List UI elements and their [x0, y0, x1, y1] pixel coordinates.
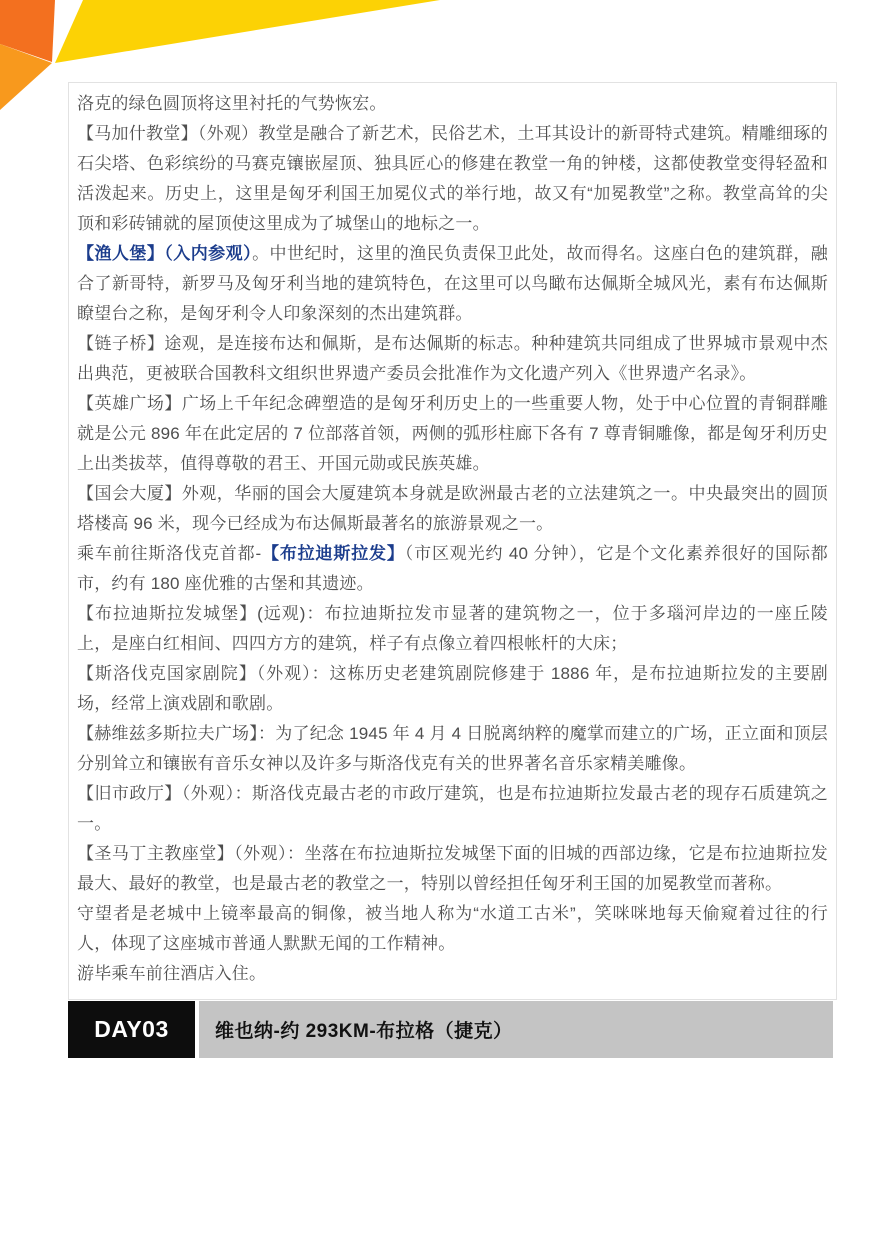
itinerary-text: 洛克的绿色圆顶将这里衬托的气势恢宏。【马加什教堂】（外观）教堂是融合了新艺术，民… — [77, 89, 828, 989]
day-number-label: DAY03 — [68, 1001, 195, 1058]
day-route-bar: 维也纳-约 293KM-布拉格（捷克） — [199, 1001, 833, 1058]
paragraph: 守望者是老城中上镜率最高的铜像，被当地人称为“水道工古米”，笑咪咪地每天偷窥着过… — [77, 899, 828, 959]
text-run: 乘车前往斯洛伐克首都- — [77, 544, 261, 563]
paragraph: 乘车前往斯洛伐克首都-【布拉迪斯拉发】（市区观光约 40 分钟），它是个文化素养… — [77, 539, 828, 599]
text-run: 【链子桥】途观，是连接布达和佩斯，是布达佩斯的标志。种种建筑共同组成了世界城市景… — [77, 334, 828, 383]
text-run: 【英雄广场】广场上千年纪念碑塑造的是匈牙利历史上的一些重要人物，处于中心位置的青… — [77, 394, 828, 473]
day-route-title: 维也纳-约 293KM-布拉格（捷克） — [215, 1016, 513, 1043]
text-run: 【赫维兹多斯拉夫广场】：为了纪念 1945 年 4 月 4 日脱离纳粹的魔掌而建… — [77, 724, 828, 773]
text-run: 守望者是老城中上镜率最高的铜像，被当地人称为“水道工古米”，笑咪咪地每天偷窥着过… — [77, 904, 828, 953]
day-banner: DAY03 维也纳-约 293KM-布拉格（捷克） — [68, 1001, 833, 1058]
paragraph: 【链子桥】途观，是连接布达和佩斯，是布达佩斯的标志。种种建筑共同组成了世界城市景… — [77, 329, 828, 389]
text-run: 游毕乘车前往酒店入住。 — [77, 964, 266, 983]
paragraph: 【旧市政厅】（外观）：斯洛伐克最古老的市政厅建筑，也是布拉迪斯拉发最古老的现存石… — [77, 779, 828, 839]
paragraph: 【国会大厦】外观，华丽的国会大厦建筑本身就是欧洲最古老的立法建筑之一。中央最突出… — [77, 479, 828, 539]
paragraph: 【英雄广场】广场上千年纪念碑塑造的是匈牙利历史上的一些重要人物，处于中心位置的青… — [77, 389, 828, 479]
itinerary-description-box: 洛克的绿色圆顶将这里衬托的气势恢宏。【马加什教堂】（外观）教堂是融合了新艺术，民… — [68, 82, 837, 1000]
paragraph: 【马加什教堂】（外观）教堂是融合了新艺术，民俗艺术，土耳其设计的新哥特式建筑。精… — [77, 119, 828, 239]
itinerary-page: 洛克的绿色圆顶将这里衬托的气势恢宏。【马加什教堂】（外观）教堂是融合了新艺术，民… — [0, 0, 888, 1258]
paragraph: 【赫维兹多斯拉夫广场】：为了纪念 1945 年 4 月 4 日脱离纳粹的魔掌而建… — [77, 719, 828, 779]
text-run: 【布拉迪斯拉发城堡】(远观)：布拉迪斯拉发市显著的建筑物之一，位于多瑙河岸边的一… — [77, 604, 828, 653]
text-run: 【斯洛伐克国家剧院】（外观）：这栋历史老建筑剧院修建于 1886 年，是布拉迪斯… — [77, 664, 828, 713]
text-run: 【国会大厦】外观，华丽的国会大厦建筑本身就是欧洲最古老的立法建筑之一。中央最突出… — [77, 484, 828, 533]
paragraph: 【布拉迪斯拉发城堡】(远观)：布拉迪斯拉发市显著的建筑物之一，位于多瑙河岸边的一… — [77, 599, 828, 659]
paragraph: 【圣马丁主教座堂】（外观）：坐落在布拉迪斯拉发城堡下面的旧城的西部边缘，它是布拉… — [77, 839, 828, 899]
text-run: 【圣马丁主教座堂】（外观）：坐落在布拉迪斯拉发城堡下面的旧城的西部边缘，它是布拉… — [77, 844, 828, 893]
highlighted-attraction: 【渔人堡】（入内参观） — [77, 244, 252, 263]
highlighted-attraction: 【布拉迪斯拉发】 — [261, 544, 404, 563]
text-run: 【旧市政厅】（外观）：斯洛伐克最古老的市政厅建筑，也是布拉迪斯拉发最古老的现存石… — [77, 784, 828, 833]
paragraph: 游毕乘车前往酒店入住。 — [77, 959, 828, 989]
paragraph: 【斯洛伐克国家剧院】（外观）：这栋历史老建筑剧院修建于 1886 年，是布拉迪斯… — [77, 659, 828, 719]
paragraph: 【渔人堡】（入内参观）。中世纪时，这里的渔民负责保卫此处，故而得名。这座白色的建… — [77, 239, 828, 329]
text-run: 洛克的绿色圆顶将这里衬托的气势恢宏。 — [77, 94, 387, 113]
text-run: 【马加什教堂】（外观）教堂是融合了新艺术，民俗艺术，土耳其设计的新哥特式建筑。精… — [77, 124, 828, 233]
yellow-triangle-icon — [55, 0, 440, 63]
paragraph: 洛克的绿色圆顶将这里衬托的气势恢宏。 — [77, 89, 828, 119]
